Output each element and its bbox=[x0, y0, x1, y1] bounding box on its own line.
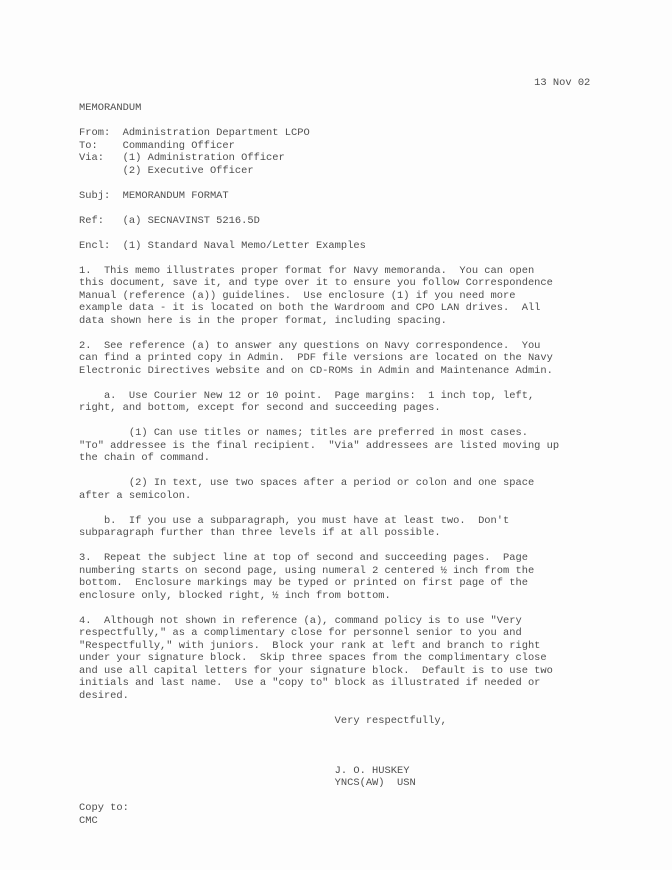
paragraph-line: the chain of command. bbox=[79, 452, 652, 465]
date-block: 13 Nov 02 bbox=[79, 77, 652, 90]
blank-line bbox=[79, 227, 652, 240]
memo-paragraph: a. Use Courier New 12 or 10 point. Page … bbox=[79, 390, 652, 415]
signature-line: J. O. HUSKEY bbox=[79, 765, 652, 778]
address-block: From: Administration Department LCPOTo: … bbox=[79, 127, 652, 177]
paragraph-line: 4. Although not shown in reference (a), … bbox=[79, 615, 652, 628]
blank-line bbox=[79, 602, 652, 615]
blank-line bbox=[79, 727, 652, 740]
paragraph-line: Electronic Directives website and on CD-… bbox=[79, 365, 652, 378]
memo-paragraph: 3. Repeat the subject line at top of sec… bbox=[79, 552, 652, 602]
address-line: (2) Executive Officer bbox=[79, 165, 652, 178]
memo-paragraph: 1. This memo illustrates proper format f… bbox=[79, 265, 652, 328]
complimentary-close: Very respectfully, bbox=[79, 715, 652, 728]
paragraph-line: 2. See reference (a) to answer any quest… bbox=[79, 340, 652, 353]
blank-line bbox=[79, 327, 652, 340]
blank-line bbox=[79, 115, 652, 128]
blank-line bbox=[79, 740, 652, 753]
paragraph-line: Manual (reference (a)) guidelines. Use e… bbox=[79, 290, 652, 303]
blank-line bbox=[79, 90, 652, 103]
signature-line: YNCS(AW) USN bbox=[79, 777, 652, 790]
paragraph-line: enclosure only, blocked right, ½ inch fr… bbox=[79, 590, 652, 603]
address-line: From: Administration Department LCPO bbox=[79, 127, 652, 140]
paragraph-line: respectfully," as a complimentary close … bbox=[79, 627, 652, 640]
paragraph-line: example data - it is located on both the… bbox=[79, 302, 652, 315]
blank-line bbox=[79, 415, 652, 428]
blank-line bbox=[79, 377, 652, 390]
paragraph-line: after a semicolon. bbox=[79, 490, 652, 503]
address-line: To: Commanding Officer bbox=[79, 140, 652, 153]
paragraph-line: right, and bottom, except for second and… bbox=[79, 402, 652, 415]
enclosure-block: Encl: (1) Standard Naval Memo/Letter Exa… bbox=[79, 240, 652, 253]
memo-content: 13 Nov 02MEMORANDUMFrom: Administration … bbox=[79, 77, 652, 827]
enclosure-line: Encl: (1) Standard Naval Memo/Letter Exa… bbox=[79, 240, 652, 253]
paragraph-line: "Respectfully," with juniors. Block your… bbox=[79, 640, 652, 653]
paragraph-line: desired. bbox=[79, 690, 652, 703]
subject-block: Subj: MEMORANDUM FORMAT bbox=[79, 190, 652, 203]
memo-paragraph: (1) Can use titles or names; titles are … bbox=[79, 427, 652, 465]
memo-paragraph: (2) In text, use two spaces after a peri… bbox=[79, 477, 652, 502]
paragraph-line: (2) In text, use two spaces after a peri… bbox=[79, 477, 652, 490]
closing-block: Very respectfully, bbox=[79, 715, 652, 728]
paragraph-line: "To" addressee is the final recipient. "… bbox=[79, 440, 652, 453]
memo-paragraph: b. If you use a subparagraph, you must h… bbox=[79, 515, 652, 540]
paragraph-line: 3. Repeat the subject line at top of sec… bbox=[79, 552, 652, 565]
paragraph-line: numbering starts on second page, using n… bbox=[79, 565, 652, 578]
paragraph-line: this document, save it, and type over it… bbox=[79, 277, 652, 290]
memo-date: 13 Nov 02 bbox=[79, 77, 652, 90]
blank-line bbox=[79, 502, 652, 515]
subject-line: Subj: MEMORANDUM FORMAT bbox=[79, 190, 652, 203]
memo-title: MEMORANDUM bbox=[79, 102, 652, 115]
blank-line bbox=[79, 465, 652, 478]
memo-document: 13 Nov 02MEMORANDUMFrom: Administration … bbox=[0, 0, 672, 870]
blank-line bbox=[79, 202, 652, 215]
blank-line bbox=[79, 252, 652, 265]
copy-to-block: Copy to:CMC bbox=[79, 802, 652, 827]
paragraph-line: initials and last name. Use a "copy to" … bbox=[79, 677, 652, 690]
paragraph-line: can find a printed copy in Admin. PDF fi… bbox=[79, 352, 652, 365]
blank-line bbox=[79, 752, 652, 765]
reference-line: Ref: (a) SECNAVINST 5216.5D bbox=[79, 215, 652, 228]
memo-paragraph: 2. See reference (a) to answer any quest… bbox=[79, 340, 652, 378]
paragraph-line: (1) Can use titles or names; titles are … bbox=[79, 427, 652, 440]
paragraph-line: a. Use Courier New 12 or 10 point. Page … bbox=[79, 390, 652, 403]
paragraph-line: 1. This memo illustrates proper format f… bbox=[79, 265, 652, 278]
paragraph-line: b. If you use a subparagraph, you must h… bbox=[79, 515, 652, 528]
paragraph-line: subparagraph further than three levels i… bbox=[79, 527, 652, 540]
blank-line bbox=[79, 540, 652, 553]
signature-block: J. O. HUSKEYYNCS(AW) USN bbox=[79, 765, 652, 790]
blank-line bbox=[79, 702, 652, 715]
address-line: Via: (1) Administration Officer bbox=[79, 152, 652, 165]
blank-line bbox=[79, 790, 652, 803]
paragraph-line: under your signature block. Skip three s… bbox=[79, 652, 652, 665]
paragraph-line: bottom. Enclosure markings may be typed … bbox=[79, 577, 652, 590]
paragraph-line: and use all capital letters for your sig… bbox=[79, 665, 652, 678]
paragraph-line: data shown here is in the proper format,… bbox=[79, 315, 652, 328]
copy-to-line: CMC bbox=[79, 815, 652, 828]
title-block: MEMORANDUM bbox=[79, 102, 652, 115]
blank-line bbox=[79, 177, 652, 190]
copy-to-line: Copy to: bbox=[79, 802, 652, 815]
reference-block: Ref: (a) SECNAVINST 5216.5D bbox=[79, 215, 652, 228]
memo-paragraph: 4. Although not shown in reference (a), … bbox=[79, 615, 652, 703]
